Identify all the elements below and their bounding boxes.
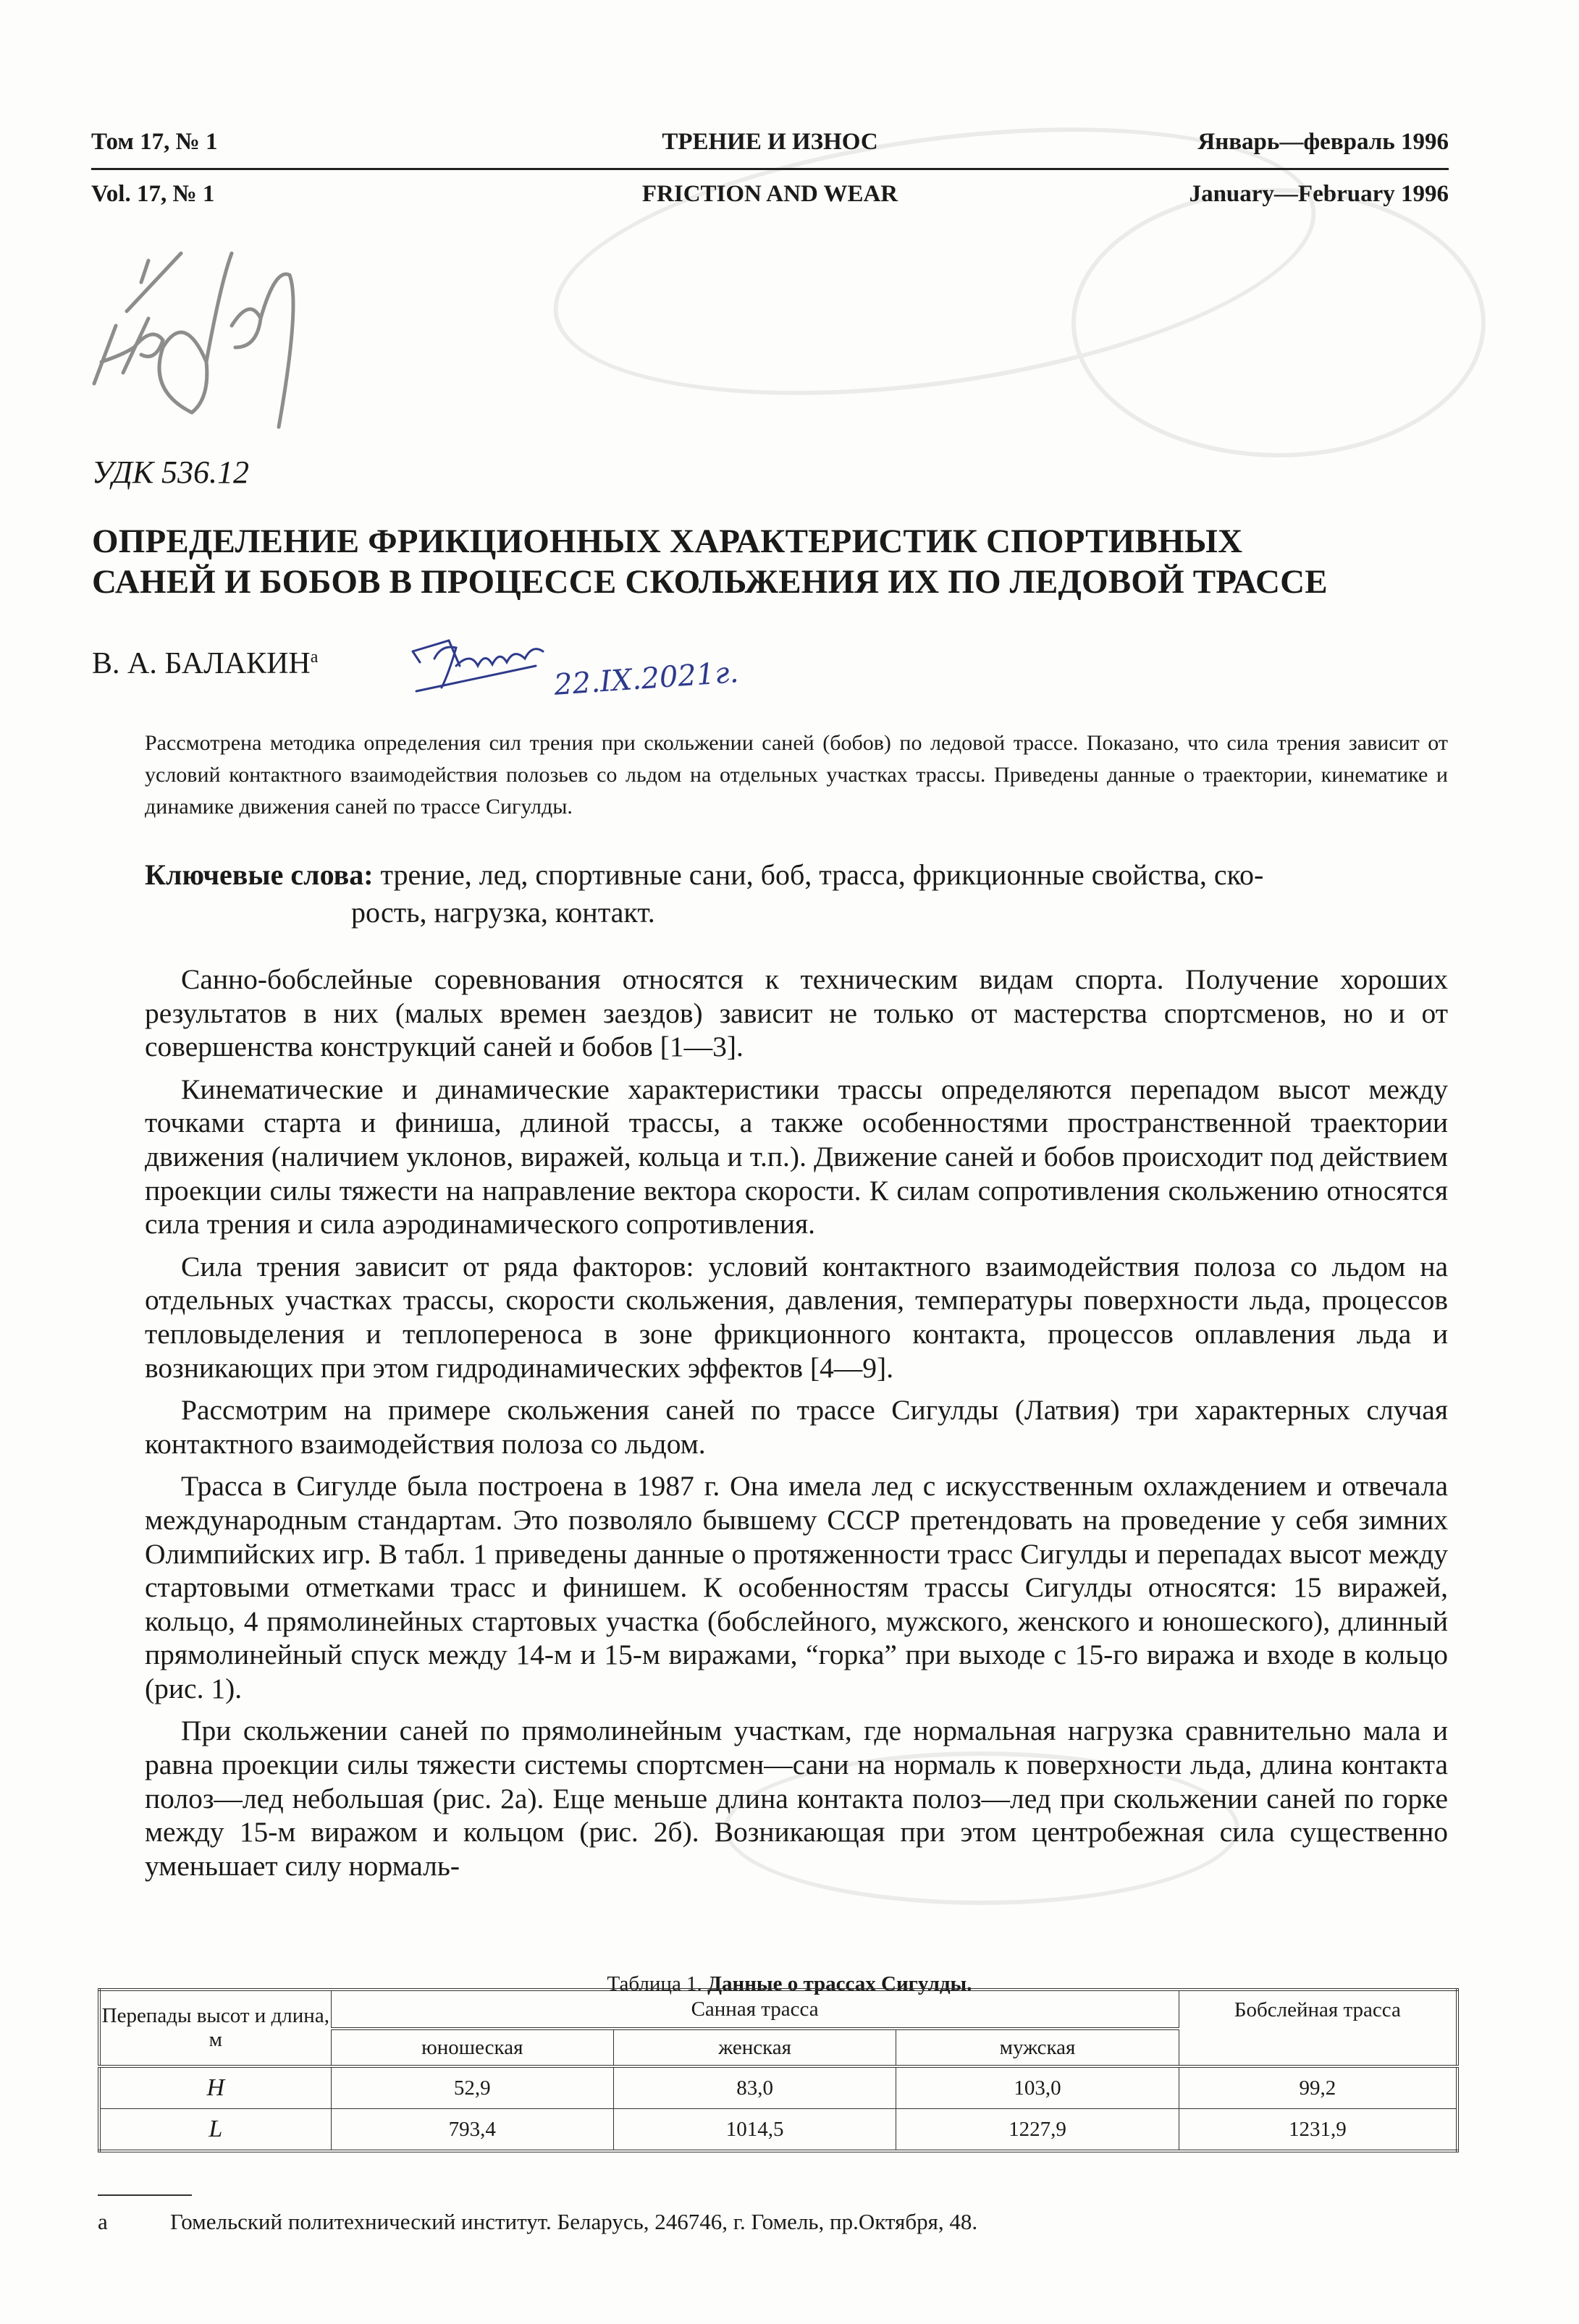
keywords-line-1: трение, лед, спортивные сани, боб, трасс… xyxy=(381,858,1264,891)
abstract: Рассмотрена методика определения сил тре… xyxy=(145,727,1448,823)
table-cell: 52,9 xyxy=(331,2066,613,2109)
abstract-text: Рассмотрена методика определения сил тре… xyxy=(145,727,1448,823)
table-row: H 52,9 83,0 103,0 99,2 xyxy=(99,2066,1457,2109)
group-header-luge: Санная трасса xyxy=(331,1990,1179,2029)
table-cell: 1014,5 xyxy=(613,2109,896,2152)
udk-code: УДК 536.12 xyxy=(92,454,249,491)
body-paragraph: Рассмотрим на примере скольжения саней п… xyxy=(145,1393,1448,1461)
article-body: Санно-бобслейные соревнования относятся … xyxy=(145,963,1448,1891)
author-name: В. А. БАЛАКИН xyxy=(92,647,311,680)
footnote-rule xyxy=(98,2194,192,2196)
footnote-mark: a xyxy=(98,2209,170,2235)
article-title: ОПРЕДЕЛЕНИЕ ФРИКЦИОННЫХ ХАРАКТЕРИСТИК СП… xyxy=(92,521,1468,602)
keywords-line-2: рость, нагрузка, контакт. xyxy=(145,894,1448,931)
body-paragraph: Сила трения зависит от ряда факторов: ус… xyxy=(145,1250,1448,1385)
title-line-2: САНЕЙ И БОБОВ В ПРОЦЕССЕ СКОЛЬЖЕНИЯ ИХ П… xyxy=(92,562,1468,602)
table-cell: 83,0 xyxy=(613,2066,896,2109)
track-data-table: Перепады высот и длина, м Санная трасса … xyxy=(98,1988,1459,2152)
volume-issue-ru: Том 17, № 1 xyxy=(91,129,218,156)
sub-header-junior: юношеская xyxy=(331,2029,613,2066)
body-paragraph: Кинематические и динамические характерис… xyxy=(145,1073,1448,1241)
body-paragraph: Санно-бобслейные соревнования относятся … xyxy=(145,963,1448,1064)
group-header-bob: Бобслейная трасса xyxy=(1179,1990,1457,2066)
footnote-text: Гомельский политехнический институт. Бел… xyxy=(170,2209,977,2234)
journal-name-ru: ТРЕНИЕ И ИЗНОС xyxy=(662,129,877,156)
footnote: aГомельский политехнический институт. Бе… xyxy=(98,2209,977,2235)
title-line-1: ОПРЕДЕЛЕНИЕ ФРИКЦИОННЫХ ХАРАКТЕРИСТИК СП… xyxy=(92,521,1468,562)
author: В. А. БАЛАКИНa xyxy=(92,646,318,681)
issue-date-ru: Январь—февраль 1996 xyxy=(1197,129,1449,156)
row-label: H xyxy=(99,2066,331,2109)
body-paragraph: Трасса в Сигулде была построена в 1987 г… xyxy=(145,1469,1448,1705)
row-header-cell: Перепады высот и длина, м xyxy=(99,1990,331,2066)
keywords-label: Ключевые слова: xyxy=(145,858,374,891)
header-rule xyxy=(91,168,1449,170)
table-cell: 1227,9 xyxy=(896,2109,1179,2152)
keywords: Ключевые слова: трение, лед, спортивные … xyxy=(145,856,1448,931)
issue-date-en: January—February 1996 xyxy=(1189,181,1449,208)
sub-header-men: мужская xyxy=(896,2029,1179,2066)
row-label: L xyxy=(99,2109,331,2152)
running-head-russian: Том 17, № 1 ТРЕНИЕ И ИЗНОС Январь—феврал… xyxy=(91,129,1449,156)
bleed-through-curve xyxy=(1071,188,1486,457)
journal-name-en: FRICTION AND WEAR xyxy=(642,181,898,208)
table-row: L 793,4 1014,5 1227,9 1231,9 xyxy=(99,2109,1457,2152)
table-cell: 99,2 xyxy=(1179,2066,1457,2109)
handwritten-signature xyxy=(391,622,579,702)
table-cell: 793,4 xyxy=(331,2109,613,2152)
volume-issue-en: Vol. 17, № 1 xyxy=(91,181,214,208)
affiliation-mark: a xyxy=(311,648,319,667)
table-cell: 103,0 xyxy=(896,2066,1179,2109)
table-cell: 1231,9 xyxy=(1179,2109,1457,2152)
handwritten-date: 22.IX.2021г. xyxy=(553,656,740,702)
body-paragraph: При скольжении саней по прямолинейным уч… xyxy=(145,1714,1448,1883)
sub-header-women: женская xyxy=(613,2029,896,2066)
running-head-english: Vol. 17, № 1 FRICTION AND WEAR January—F… xyxy=(91,181,1449,208)
pencil-scribble-annotation xyxy=(83,239,322,434)
